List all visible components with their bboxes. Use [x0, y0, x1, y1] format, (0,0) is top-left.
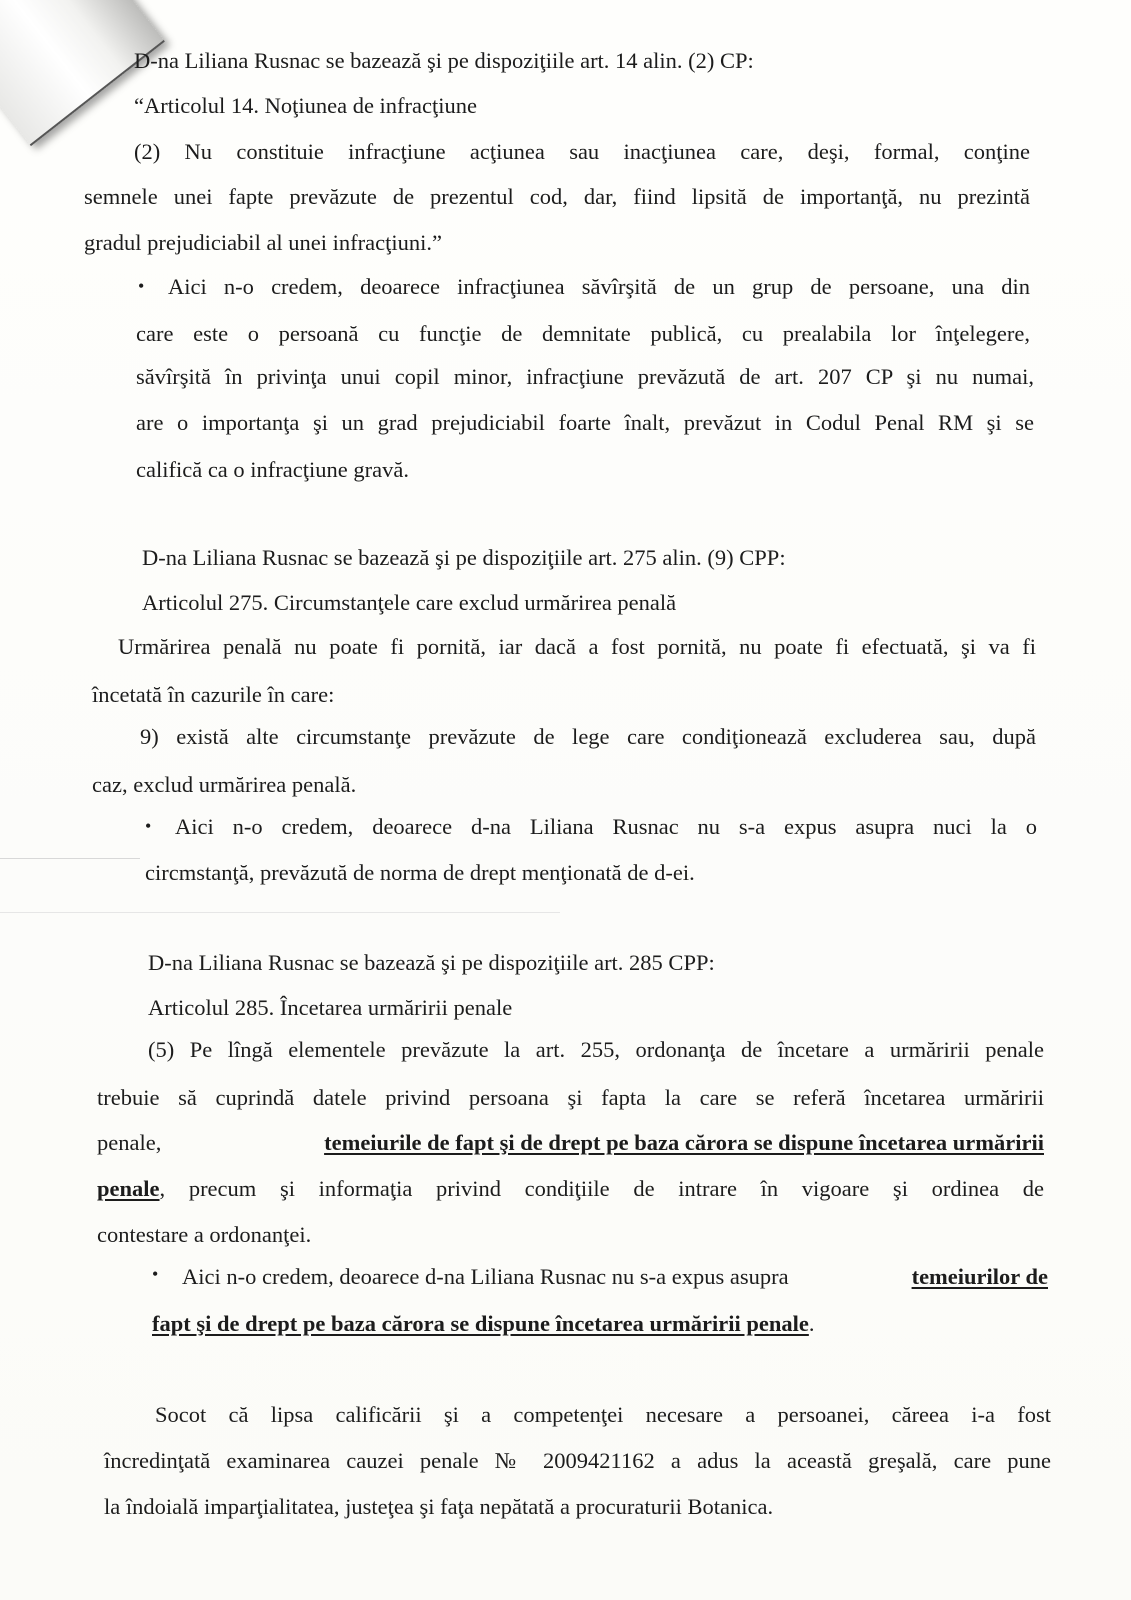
section3-emphasis: temeiurilor de	[912, 1264, 1048, 1290]
section2-bullet-line: Aici n-o credem, deoarece d-na Liliana R…	[145, 814, 1037, 840]
section1-bullet-line: săvîrşită în privinţa unui copil minor, …	[136, 364, 1034, 390]
section3-emphasis: fapt şi de drept pe baza cărora se dispu…	[152, 1311, 809, 1336]
section3-paragraph-line: contestare a ordonanţei.	[97, 1222, 311, 1248]
section2-point-line: 9) există alte circumstanţe prevăzute de…	[140, 724, 1036, 750]
section1-paragraph-line: semnele unei fapte prevăzute de prezentu…	[84, 184, 1030, 210]
section2-paragraph-line: încetată în cazurile în care:	[92, 682, 334, 708]
section3-paragraph-line: trebuie să cuprindă datele privind perso…	[97, 1085, 1044, 1111]
section1-bullet-line: Aici n-o credem, deoarece infracţiunea s…	[138, 274, 1030, 300]
section3-text: penale,	[97, 1130, 161, 1156]
section3-text: .	[809, 1311, 815, 1336]
section3-article-title: Articolul 285. Încetarea urmăririi penal…	[148, 995, 512, 1021]
scan-artifact	[0, 912, 560, 913]
section2-point-line: caz, exclud urmărirea penală.	[92, 772, 356, 798]
section2-paragraph-line: Urmărirea penală nu poate fi pornită, ia…	[118, 634, 1036, 660]
section2-article-title: Articolul 275. Circumstanţele care exclu…	[142, 590, 676, 616]
scan-artifact	[0, 858, 140, 859]
section3-text: Aici n-o credem, deoarece d-na Liliana R…	[182, 1264, 912, 1290]
conclusion-line: la îndoială imparţialitatea, justeţea şi…	[104, 1494, 773, 1520]
conclusion-line: încredinţată examinarea cauzei penale № …	[104, 1448, 1051, 1474]
section1-bullet-line: are o importanţa şi un grad prejudiciabi…	[136, 410, 1034, 436]
section1-paragraph-line: (2) Nu constituie infracţiune acţiunea s…	[134, 139, 1030, 165]
section1-article-title: “Articolul 14. Noţiunea de infracţiune	[134, 93, 477, 119]
conclusion-line: Socot că lipsa calificării şi a competen…	[155, 1402, 1051, 1428]
section3-text: , precum şi informaţia privind condiţiil…	[160, 1176, 1044, 1201]
section1-bullet-line: califică ca o infracţiune gravă.	[136, 457, 409, 483]
section3-paragraph-line: (5) Pe lîngă elementele prevăzute la art…	[148, 1037, 1044, 1063]
section3-emphasis: temeiurile de fapt şi de drept pe baza c…	[324, 1130, 1044, 1156]
section2-intro: D-na Liliana Rusnac se bazează şi pe dis…	[142, 545, 786, 571]
section1-paragraph-line: gradul prejudiciabil al unei infracţiuni…	[84, 230, 442, 256]
section3-emphasis: penale	[97, 1176, 160, 1201]
section3-bullet-line: Aici n-o credem, deoarece d-na Liliana R…	[152, 1264, 1048, 1290]
section3-intro: D-na Liliana Rusnac se bazează şi pe dis…	[148, 950, 715, 976]
section1-intro: D-na Liliana Rusnac se bazează şi pe dis…	[134, 48, 754, 74]
scanned-page: D-na Liliana Rusnac se bazează şi pe dis…	[0, 0, 1131, 1600]
section2-bullet-line: circmstanţă, prevăzută de norma de drept…	[145, 860, 695, 886]
section3-paragraph-line: penale, temeiurile de fapt şi de drept p…	[97, 1130, 1044, 1156]
section3-paragraph-line: penale, precum şi informaţia privind con…	[97, 1176, 1044, 1202]
section1-bullet-line: care este o persoană cu funcţie de demni…	[136, 321, 1030, 347]
section3-bullet-line: fapt şi de drept pe baza cărora se dispu…	[152, 1311, 814, 1337]
